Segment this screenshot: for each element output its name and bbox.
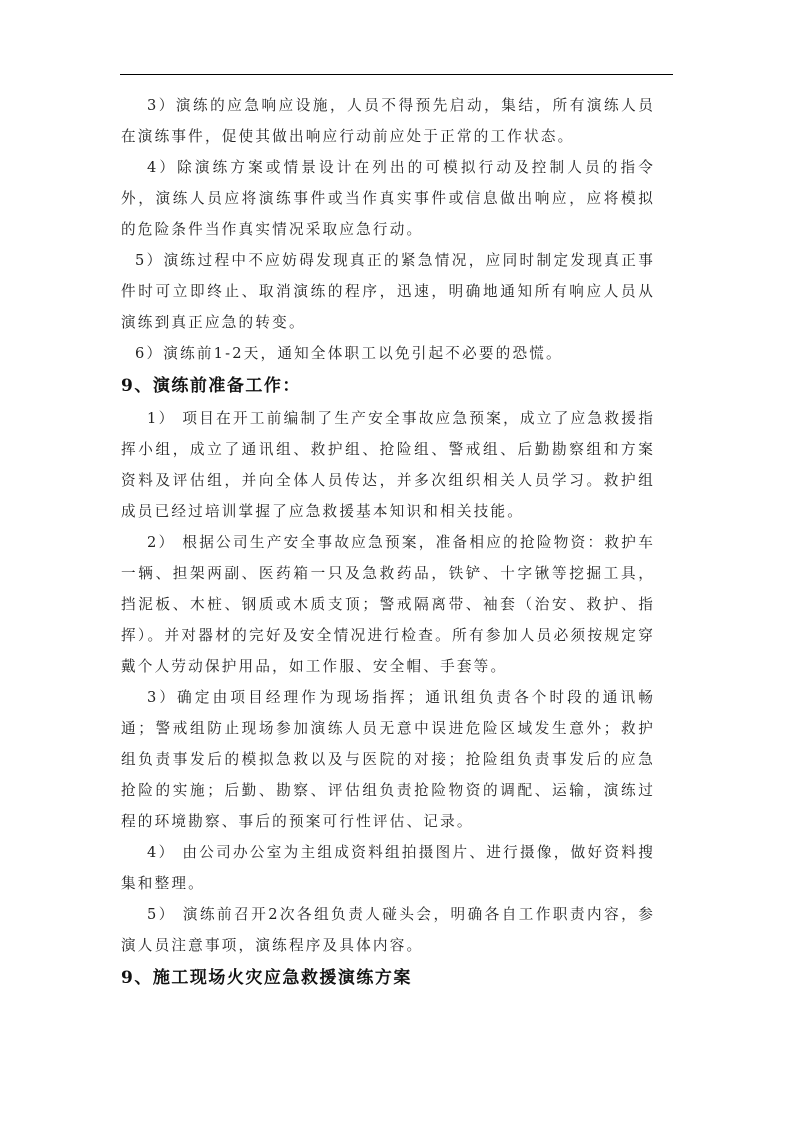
prep-item-5: 5） 演练前召开2次各组负责人碰头会，明确各自工作职责内容，参演人员注意事项，演… bbox=[121, 899, 655, 961]
prep-item-3: 3）确定由项目经理作为现场指挥；通讯组负责各个时段的通讯畅通；警戒组防止现场参加… bbox=[121, 682, 655, 837]
section-heading-fire-drill: 9、施工现场火灾应急救援演练方案 bbox=[121, 961, 655, 995]
paragraph-3: 3）演练的应急响应设施，人员不得预先启动，集结，所有演练人员在演练事件，促使其做… bbox=[121, 90, 655, 152]
section-heading-preparation: 9、演练前准备工作： bbox=[121, 369, 655, 403]
prep-item-1: 1） 项目在开工前编制了生产安全事故应急预案，成立了应急救援指挥小组，成立了通讯… bbox=[121, 403, 655, 527]
page-header-rule bbox=[120, 74, 673, 75]
prep-item-2: 2） 根据公司生产安全事故应急预案，准备相应的抢险物资：救护车一辆、担架两副、医… bbox=[121, 527, 655, 682]
paragraph-5: 5）演练过程中不应妨碍发现真正的紧急情况，应同时制定发现真正事件时可立即终止、取… bbox=[121, 245, 655, 338]
paragraph-6: 6）演练前1-2天，通知全体职工以免引起不必要的恐慌。 bbox=[121, 338, 655, 369]
prep-item-4: 4） 由公司办公室为主组成资料组拍摄图片、进行摄像，做好资料搜集和整理。 bbox=[121, 837, 655, 899]
document-body: 3）演练的应急响应设施，人员不得预先启动，集结，所有演练人员在演练事件，促使其做… bbox=[121, 90, 655, 995]
paragraph-4: 4）除演练方案或情景设计在列出的可模拟行动及控制人员的指令外，演练人员应将演练事… bbox=[121, 152, 655, 245]
